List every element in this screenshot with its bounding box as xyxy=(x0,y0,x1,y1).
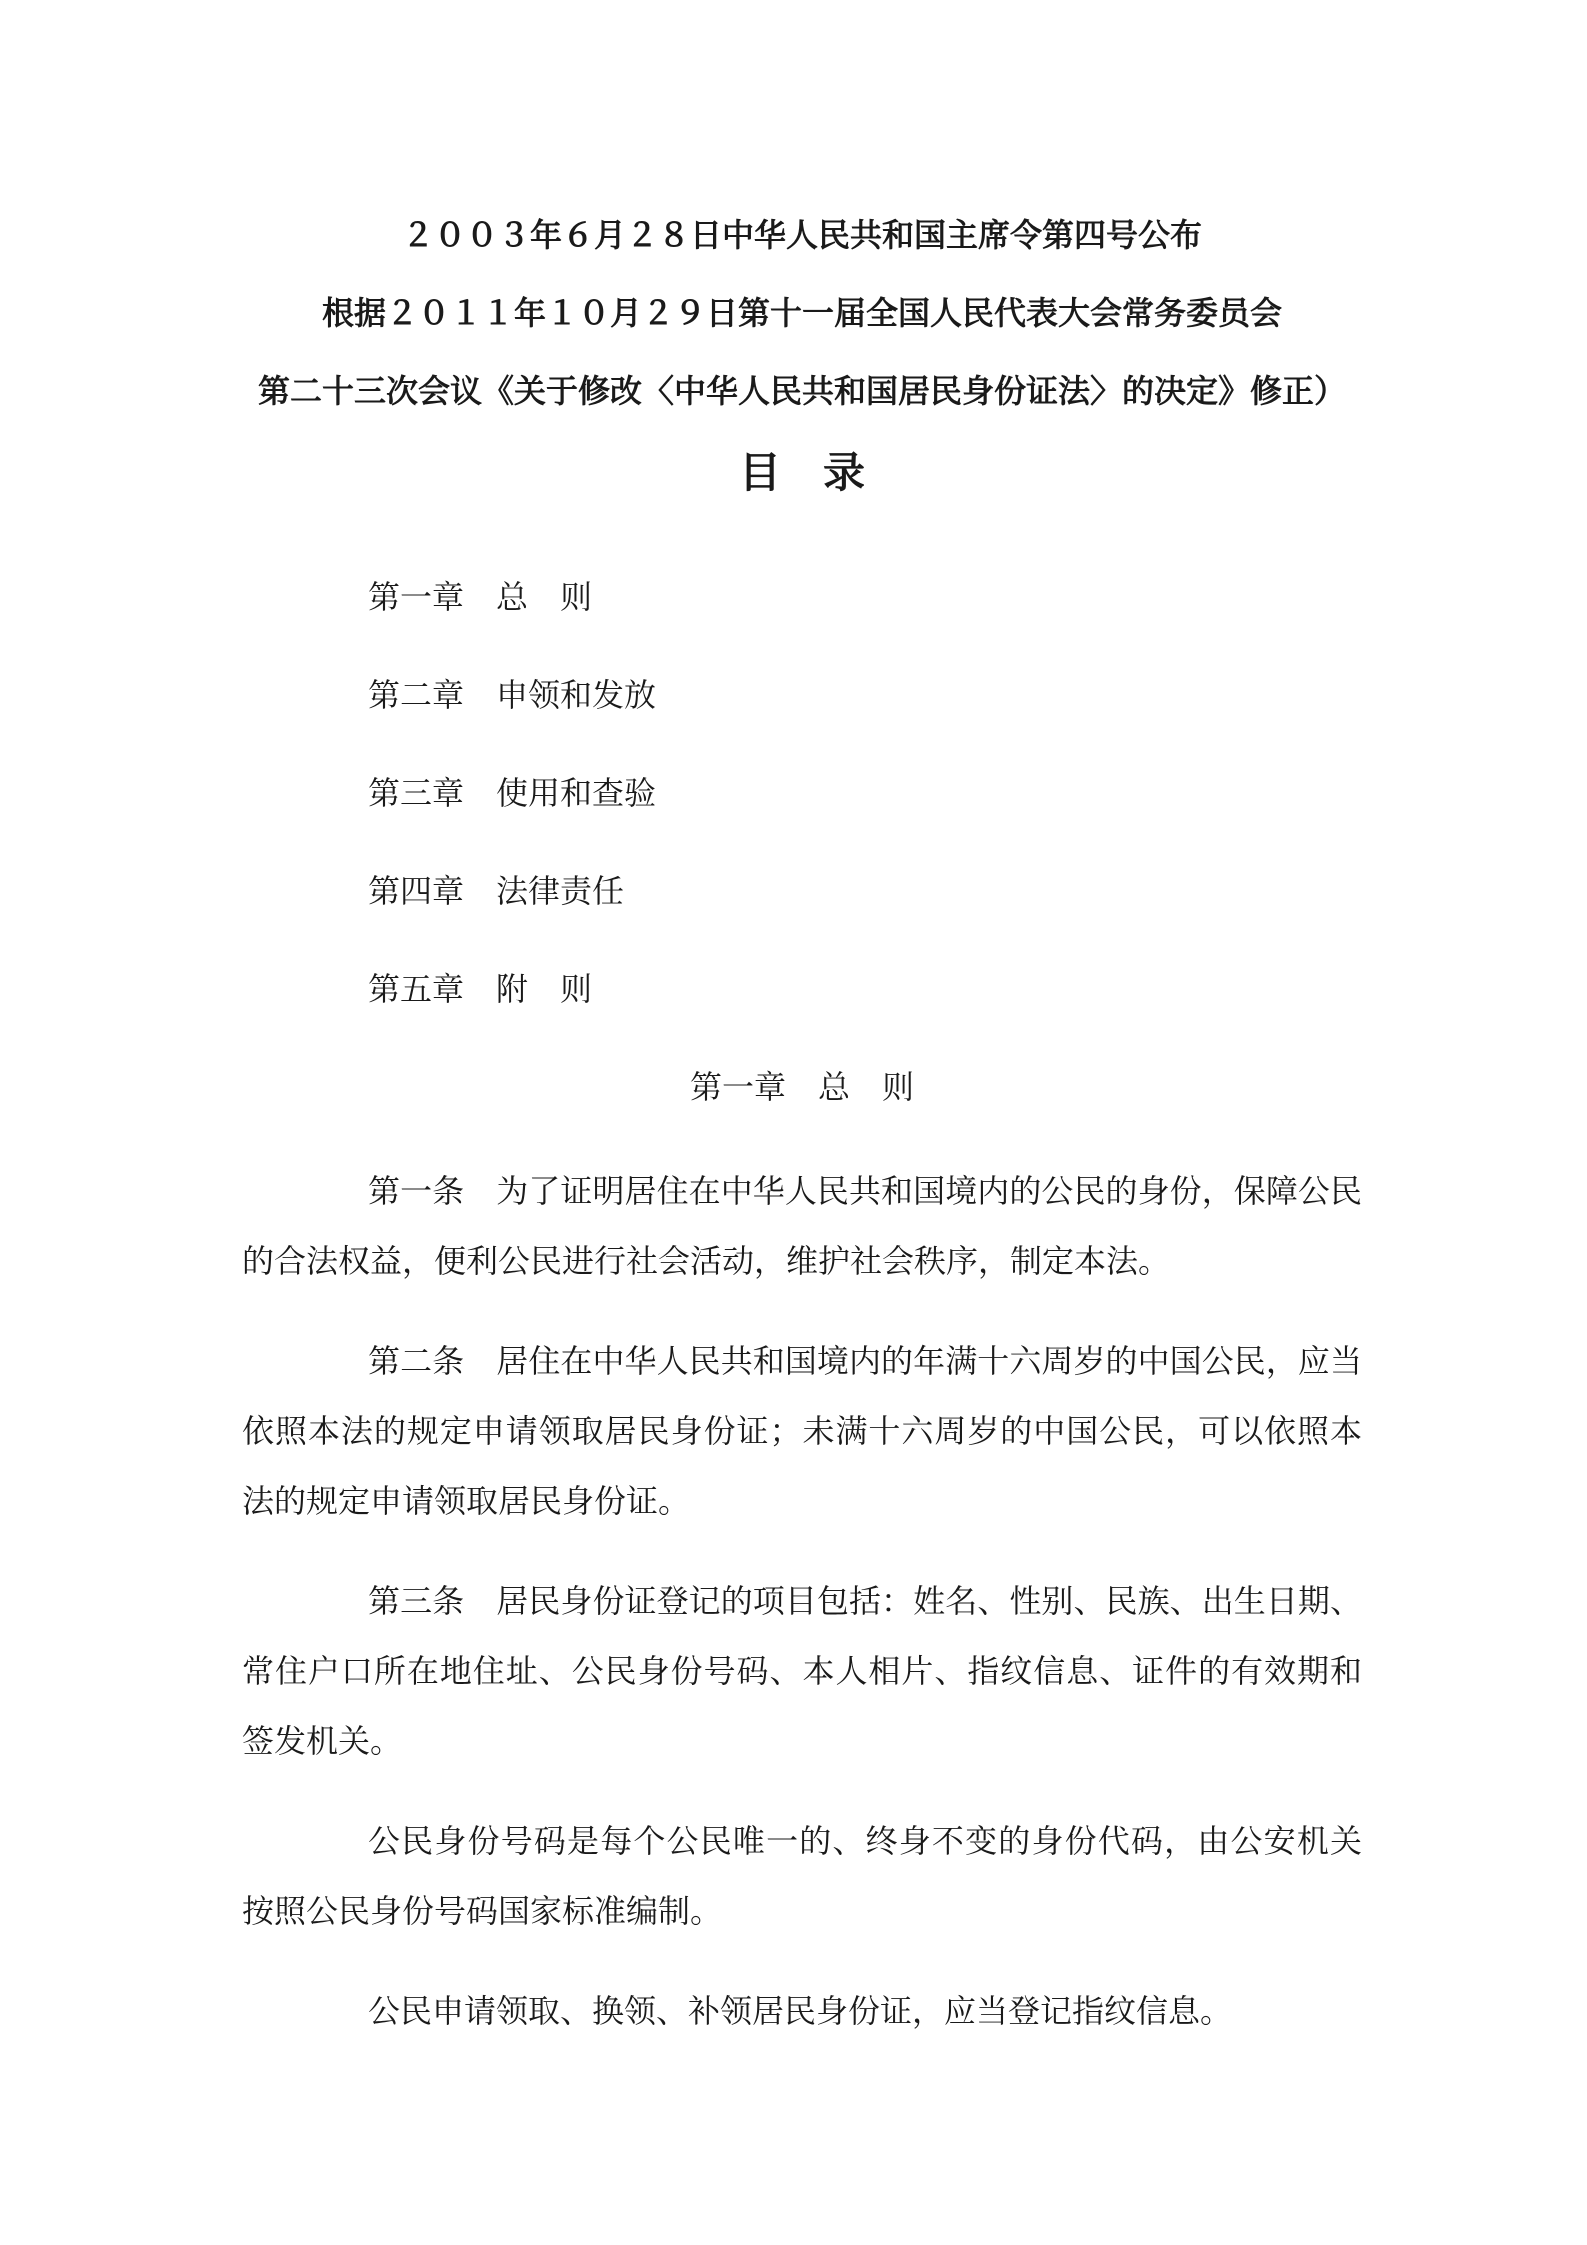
toc-item-chapter-3: 第三章 使用和查验 xyxy=(242,758,1362,828)
toc-item-chapter-5: 第五章 附 则 xyxy=(242,954,1362,1024)
promulgation-line-3: 第二十三次会议《关于修改〈中华人民共和国居民身份证法〉的决定》修正） xyxy=(242,352,1362,430)
document-page: ２００３年６月２８日中华人民共和国主席令第四号公布 根据２０１１年１０月２９日第… xyxy=(0,0,1587,2245)
law-body: 第一条 为了证明居住在中华人民共和国境内的公民的身份，保障公民 的合法权益，便利… xyxy=(242,1156,1362,2046)
article-3-paragraph-2: 公民身份号码是每个公民唯一的、终身不变的身份代码，由公安机关 按照公民身份号码国… xyxy=(242,1806,1362,1946)
text-line: 的合法权益，便利公民进行社会活动，维护社会秩序，制定本法。 xyxy=(242,1226,1362,1296)
article-2: 第二条 居住在中华人民共和国境内的年满十六周岁的中国公民，应当 依照本法的规定申… xyxy=(242,1326,1362,1536)
text-line: 第三条 居民身份证登记的项目包括：姓名、性别、民族、出生日期、 xyxy=(242,1566,1362,1636)
text-line: 签发机关。 xyxy=(242,1706,1362,1776)
text-line: 第一条 为了证明居住在中华人民共和国境内的公民的身份，保障公民 xyxy=(242,1156,1362,1226)
table-of-contents: 第一章 总 则 第二章 申领和发放 第三章 使用和查验 第四章 法律责任 第五章… xyxy=(242,562,1362,1024)
promulgation-header: ２００３年６月２８日中华人民共和国主席令第四号公布 根据２０１１年１０月２９日第… xyxy=(242,0,1362,430)
toc-item-chapter-1: 第一章 总 则 xyxy=(242,562,1362,632)
text-line: 公民身份号码是每个公民唯一的、终身不变的身份代码，由公安机关 xyxy=(242,1806,1362,1876)
toc-item-chapter-2: 第二章 申领和发放 xyxy=(242,660,1362,730)
text-line: 依照本法的规定申请领取居民身份证；未满十六周岁的中国公民，可以依照本 xyxy=(242,1396,1362,1466)
text-line: 常住户口所在地住址、公民身份号码、本人相片、指纹信息、证件的有效期和 xyxy=(242,1636,1362,1706)
promulgation-line-1: ２００３年６月２８日中华人民共和国主席令第四号公布 xyxy=(242,196,1362,274)
chapter-1-heading: 第一章 总 则 xyxy=(242,1052,1362,1122)
promulgation-line-2: 根据２０１１年１０月２９日第十一届全国人民代表大会常务委员会 xyxy=(242,274,1362,352)
document-content: ２００３年６月２８日中华人民共和国主席令第四号公布 根据２０１１年１０月２９日第… xyxy=(242,0,1362,2046)
text-line: 法的规定申请领取居民身份证。 xyxy=(242,1466,1362,1536)
article-3: 第三条 居民身份证登记的项目包括：姓名、性别、民族、出生日期、 常住户口所在地住… xyxy=(242,1566,1362,1776)
text-line: 第二条 居住在中华人民共和国境内的年满十六周岁的中国公民，应当 xyxy=(242,1326,1362,1396)
text-line: 公民申请领取、换领、补领居民身份证，应当登记指纹信息。 xyxy=(242,1976,1362,2046)
toc-item-chapter-4: 第四章 法律责任 xyxy=(242,856,1362,926)
article-1: 第一条 为了证明居住在中华人民共和国境内的公民的身份，保障公民 的合法权益，便利… xyxy=(242,1156,1362,1296)
article-3-paragraph-3: 公民申请领取、换领、补领居民身份证，应当登记指纹信息。 xyxy=(242,1976,1362,2046)
toc-title: 目 录 xyxy=(242,434,1362,512)
text-line: 按照公民身份号码国家标准编制。 xyxy=(242,1876,1362,1946)
